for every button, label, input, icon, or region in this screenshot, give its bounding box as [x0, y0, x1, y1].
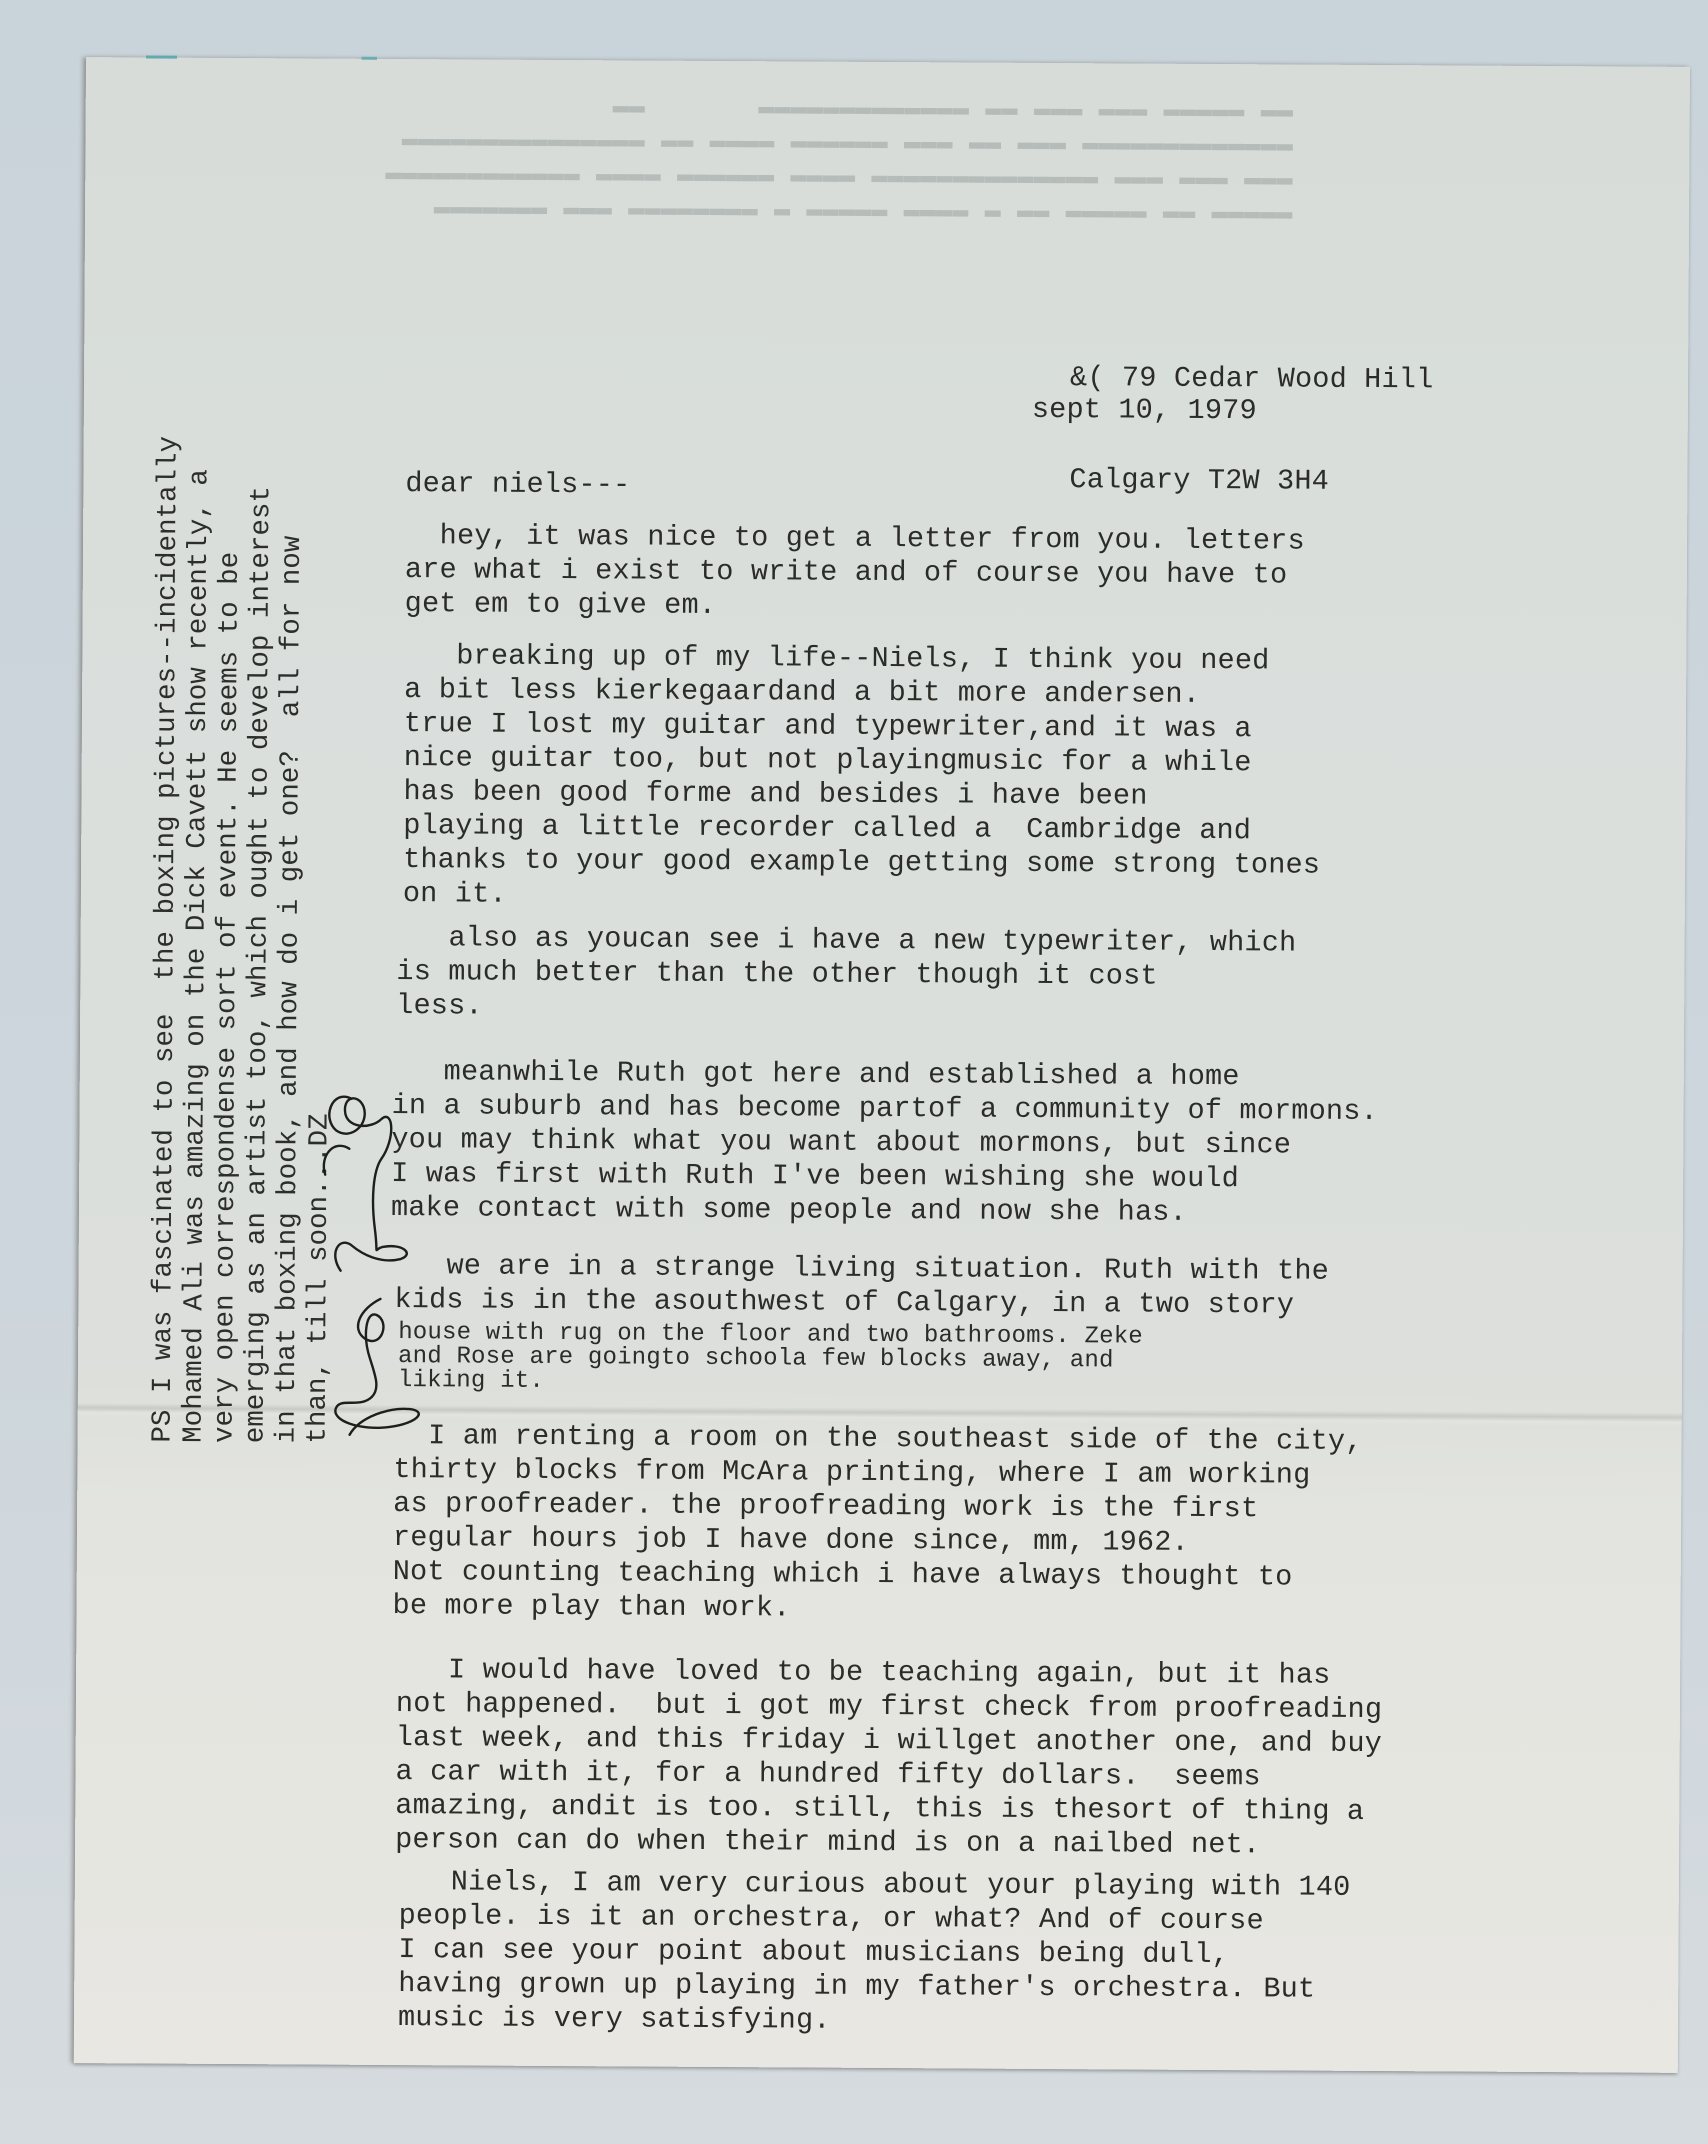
- letter-date: sept 10, 1979: [1032, 393, 1257, 428]
- text-line: Niels, I am very curious about your play…: [399, 1865, 1351, 1905]
- paragraph-3: also as youcan see i have a new typewrit…: [396, 921, 1296, 1028]
- text-line: we are in a strange living situation. Ru…: [395, 1249, 1330, 1289]
- text-line: make contact with some people and now sh…: [391, 1191, 1377, 1231]
- text-line: has been good forme and besides i have b…: [403, 775, 1320, 815]
- handwritten-signature: Dave Z: [309, 1058, 451, 1459]
- paragraph-4: meanwhile Ruth got here and established …: [391, 1055, 1378, 1231]
- text-line: also as youcan see i have a new typewrit…: [397, 921, 1297, 960]
- text-line: playing a little recorder called a Cambr…: [403, 809, 1320, 849]
- text-line: breaking up of my life--Niels, I think y…: [404, 639, 1321, 679]
- address-line: &( 79 Cedar Wood Hill: [1070, 361, 1434, 397]
- text-line: less.: [396, 989, 1296, 1028]
- text-line: on it.: [403, 877, 1320, 917]
- paragraph-5: we are in a strange living situation. Ru…: [394, 1249, 1329, 1323]
- paragraph-5-continued: house with rug on the floor and two bath…: [398, 1321, 1143, 1398]
- paragraph-7: I would have loved to be teaching again,…: [395, 1653, 1382, 1863]
- text-line: true I lost my guitar and typewriter,and…: [404, 707, 1321, 747]
- text-line: thanks to your good example getting some…: [403, 843, 1320, 883]
- text-line: music is very satisfying.: [398, 2001, 1350, 2041]
- text-line: hey, it was nice to get a letter from yo…: [405, 519, 1305, 558]
- text-line: having grown up playing in my father's o…: [398, 1967, 1350, 2007]
- letter-sheet: ▬▬ ▬▬▬▬▬ ▬▬▬ ▬▬▬ ▬▬ ▬▬▬▬▬▬▬▬▬▬▬▬▬ ▬▬ ▬▬▬…: [74, 57, 1690, 2073]
- text-line: nice guitar too, but not playingmusic fo…: [404, 741, 1321, 781]
- text-line: are what i exist to write and of course …: [405, 553, 1305, 592]
- paragraph-2: breaking up of my life--Niels, I think y…: [403, 639, 1322, 917]
- text-line: person can do when their mind is on a na…: [395, 1823, 1381, 1863]
- text-line: people. is it an orchestra, or what? And…: [399, 1899, 1351, 1939]
- text-line: get em to give em.: [405, 587, 1305, 626]
- paragraph-8: Niels, I am very curious about your play…: [398, 1865, 1351, 2041]
- text-line: kids is in the asouthwest of Calgary, in…: [394, 1283, 1329, 1323]
- paragraph-6: I am renting a room on the southeast sid…: [392, 1419, 1362, 1629]
- address-line: Calgary T2W 3H4: [1069, 463, 1433, 499]
- text-line: is much better than the other though it …: [396, 955, 1296, 994]
- paragraph-1: hey, it was nice to get a letter from yo…: [405, 519, 1305, 626]
- show-through-texture: ▬▬ ▬▬▬▬▬ ▬▬▬ ▬▬▬ ▬▬ ▬▬▬▬▬▬▬▬▬▬▬▬▬ ▬▬ ▬▬▬…: [385, 89, 1293, 231]
- text-line: a bit less kierkegaardand a bit more and…: [404, 673, 1321, 713]
- text-line: I can see your point about musicians bei…: [398, 1933, 1350, 1973]
- salutation: dear niels---: [405, 467, 630, 502]
- text-line: be more play than work.: [392, 1589, 1361, 1629]
